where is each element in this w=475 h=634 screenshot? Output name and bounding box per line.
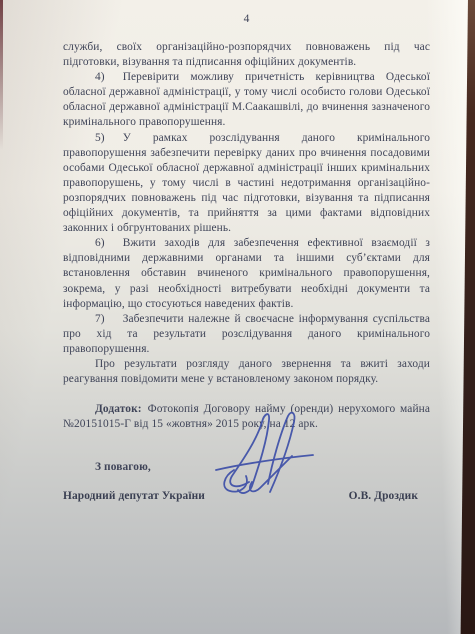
paragraph-number: 4): [95, 71, 105, 83]
signer-title: Народний депутат України: [63, 489, 205, 504]
body-paragraph: служби, своїх організаційно-розпорядчих …: [63, 40, 430, 70]
body-paragraph: 7)Забезпечити належне й своєчасне інформ…: [63, 312, 430, 357]
attachment-label: Додаток:: [95, 403, 142, 415]
page-number: 4: [63, 13, 430, 25]
body-paragraph: Про результати розгляду даного звернення…: [63, 357, 430, 387]
paragraph-number: 6): [95, 237, 105, 249]
body-paragraphs: служби, своїх організаційно-розпорядчих …: [63, 40, 430, 387]
body-paragraph: 5)У рамках розслідування даного кримінал…: [63, 131, 430, 237]
signer-name: О.В. Дроздик: [349, 489, 418, 504]
body-paragraph: 6)Вжити заходів для забезпечення ефектив…: [63, 236, 430, 311]
desk-wood-edge: [459, 0, 475, 634]
scanned-document-page: 4 служби, своїх організаційно-розпорядчи…: [0, 0, 475, 634]
signature-scribble: [212, 408, 317, 508]
paragraph-number: 5): [95, 132, 105, 144]
body-paragraph: 4)Перевірити можливу причетність керівни…: [63, 70, 430, 130]
scan-left-edge-shadow: [0, 0, 3, 150]
paragraph-number: 7): [95, 313, 105, 325]
